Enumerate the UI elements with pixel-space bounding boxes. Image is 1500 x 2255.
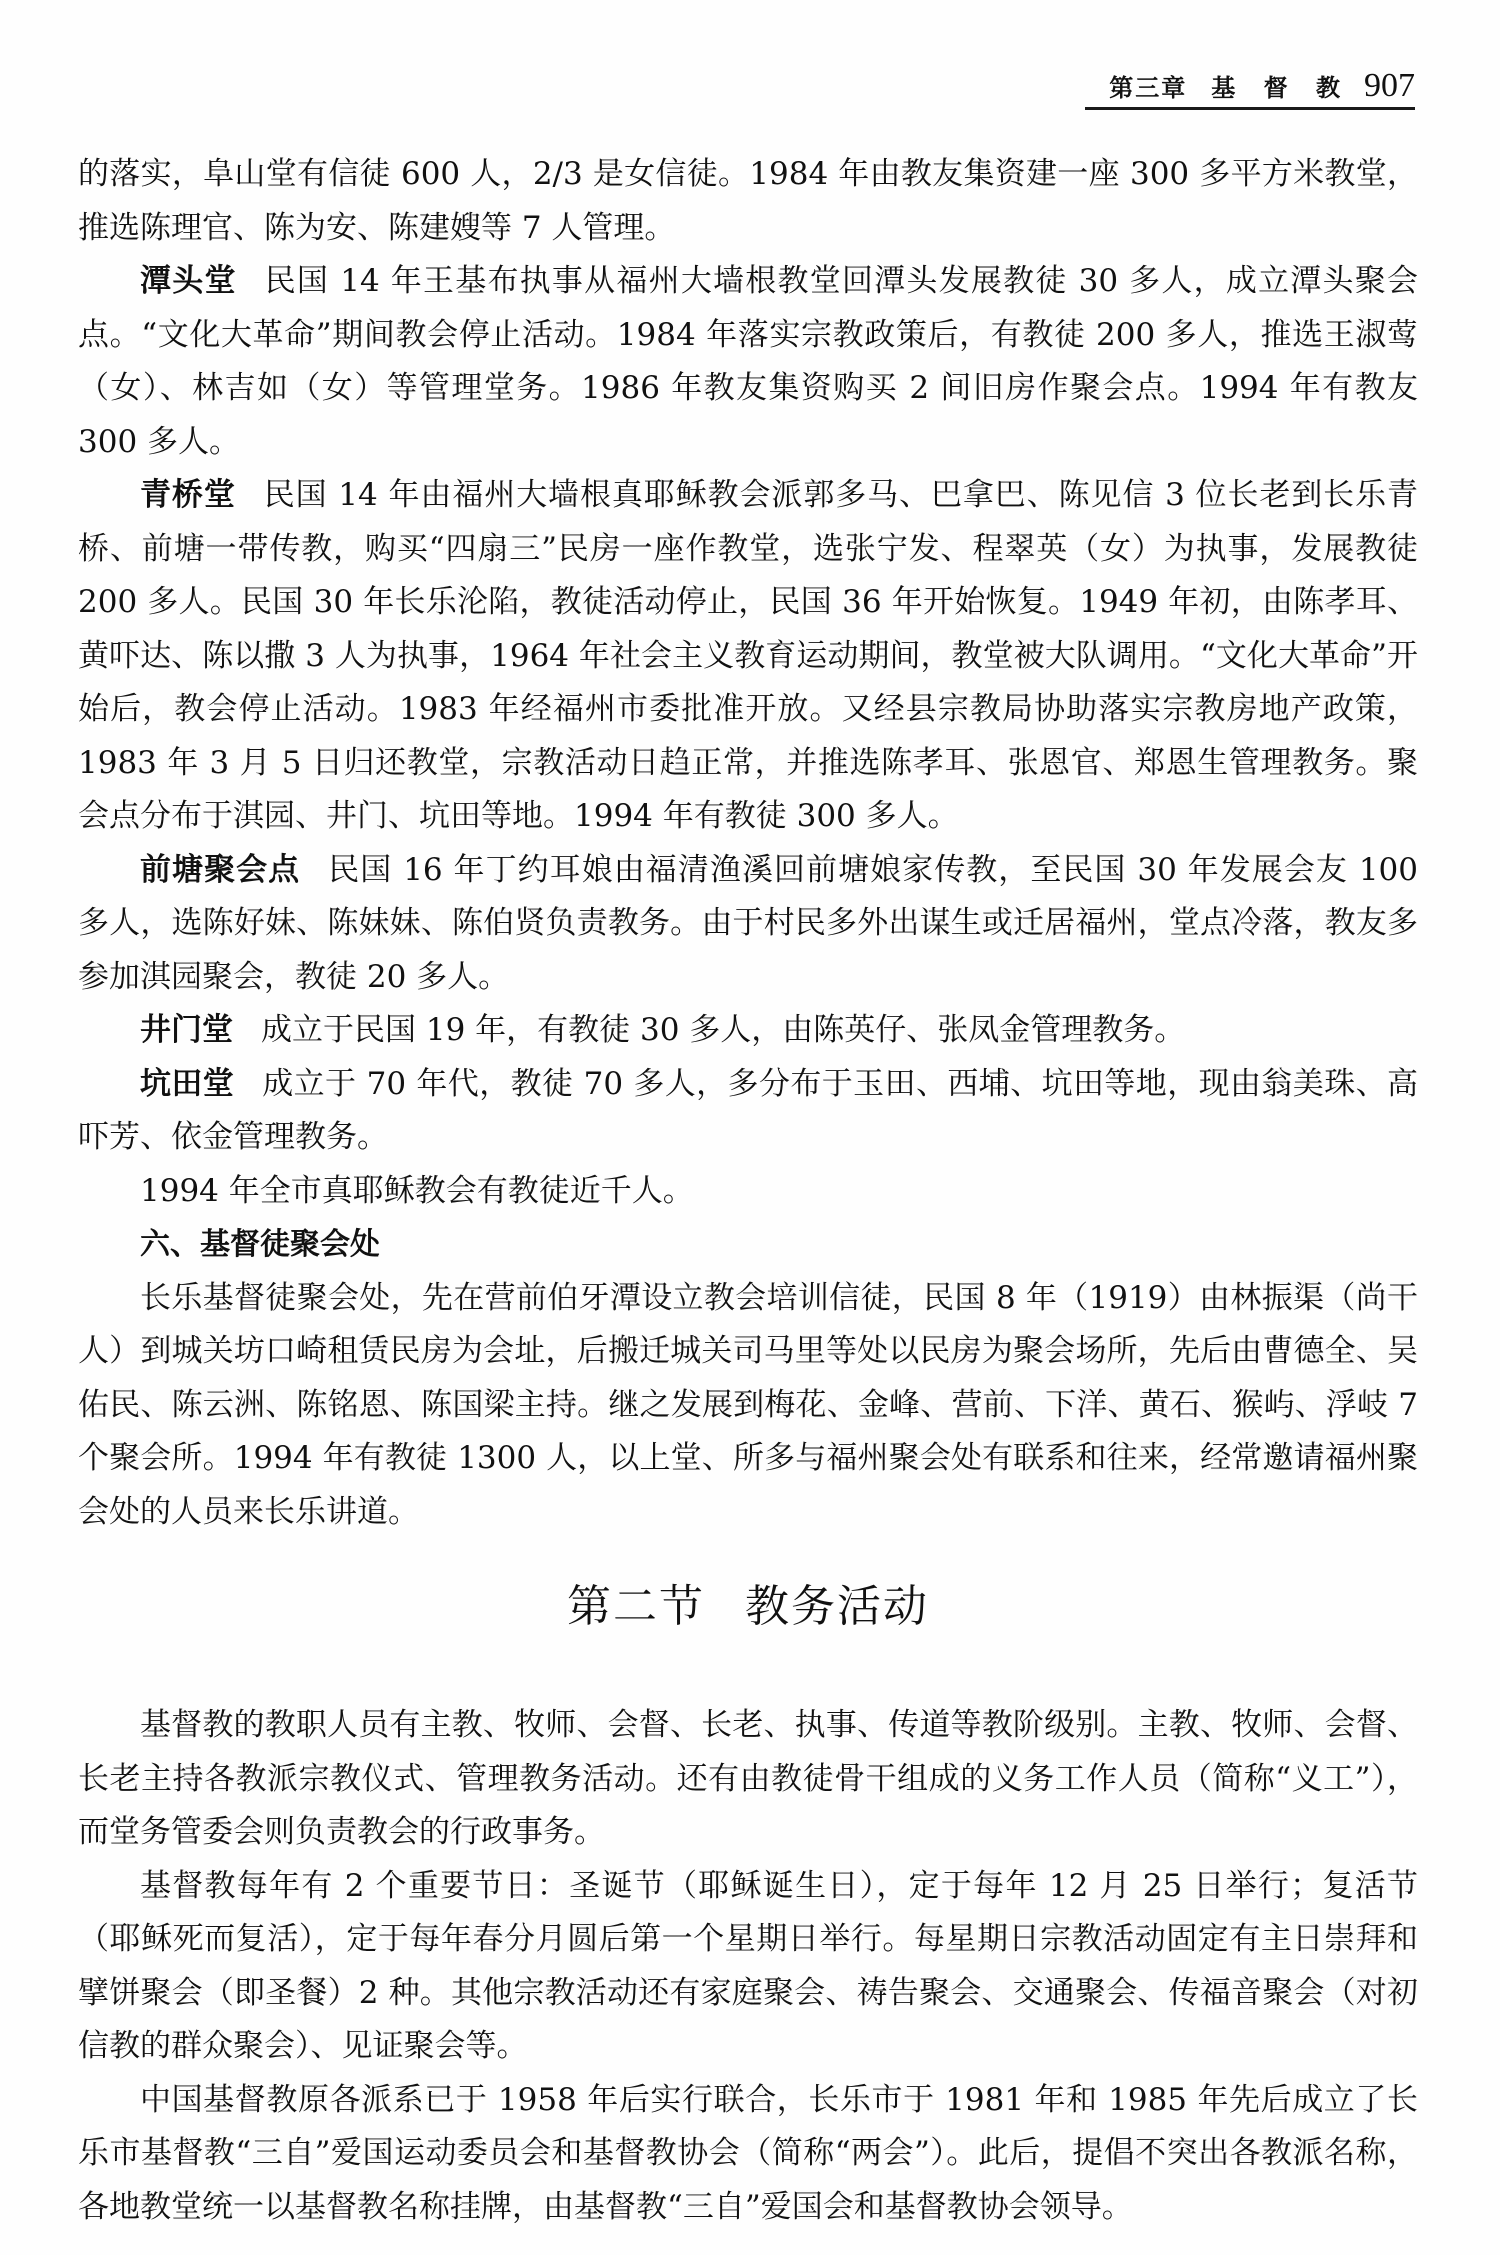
section-name: 教务活动: [745, 1581, 929, 1632]
header-chapter-title: 基 督 教: [1211, 68, 1350, 103]
section-number: 第二节: [567, 1581, 705, 1632]
entry-tantou-church: 潭头堂民国 14 年王基布执事从福州大墙根教堂回潭头发展教徒 30 多人，成立潭…: [78, 255, 1418, 469]
entry-qingqiao-church: 青桥堂民国 14 年由福州大墙根真耶稣教会派郭多马、巴拿巴、陈见信 3 位长老到…: [78, 469, 1418, 844]
subsection-paragraph: 长乐基督徒聚会处，先在营前伯牙潭设立教会培训信徒，民国 8 年（1919）由林振…: [78, 1272, 1418, 1540]
paragraph-continuation: 的落实，阜山堂有信徒 600 人，2/3 是女信徒。1984 年由教友集资建一座…: [78, 148, 1418, 255]
entry-heading: 前塘聚会点: [140, 852, 300, 888]
header-chapter-label: 第三章: [1109, 68, 1187, 103]
section-title: 第二节教务活动: [78, 1539, 1418, 1699]
section-paragraph: 基督教每年有 2 个重要节日：圣诞节（耶稣诞生日），定于每年 12 月 25 日…: [78, 1860, 1418, 2074]
entry-qiantang-meeting-point: 前塘聚会点民国 16 年丁约耳娘由福清渔溪回前塘娘家传教，至民国 30 年发展会…: [78, 844, 1418, 1005]
body-text: 的落实，阜山堂有信徒 600 人，2/3 是女信徒。1984 年由教友集资建一座…: [78, 148, 1418, 2234]
entry-heading: 坑田堂: [140, 1066, 234, 1102]
running-header: 第三章 基 督 教 907: [1085, 70, 1415, 110]
entry-text: 民国 14 年由福州大墙根真耶稣教会派郭多马、巴拿巴、陈见信 3 位长老到长乐青…: [78, 477, 1418, 834]
entry-heading: 青桥堂: [140, 477, 236, 513]
entry-heading: 井门堂: [140, 1012, 233, 1048]
page-number: 907: [1364, 69, 1415, 103]
entry-jingmen-church: 井门堂成立于民国 19 年，有教徒 30 多人，由陈英仔、张凤金管理教务。: [78, 1004, 1418, 1058]
book-page: 第三章 基 督 教 907 的落实，阜山堂有信徒 600 人，2/3 是女信徒。…: [0, 0, 1500, 2255]
section-paragraph: 基督教的教职人员有主教、牧师、会督、长老、执事、传道等教阶级别。主教、牧师、会督…: [78, 1699, 1418, 1860]
entry-text: 成立于民国 19 年，有教徒 30 多人，由陈英仔、张凤金管理教务。: [261, 1012, 1185, 1048]
entry-heading: 潭头堂: [140, 263, 237, 299]
section-paragraph: 中国基督教原各派系已于 1958 年后实行联合，长乐市于 1981 年和 198…: [78, 2074, 1418, 2235]
entry-text: 民国 14 年王基布执事从福州大墙根教堂回潭头发展教徒 30 多人，成立潭头聚会…: [78, 263, 1418, 460]
summary-paragraph: 1994 年全市真耶稣教会有教徒近千人。: [78, 1165, 1418, 1219]
entry-text: 成立于 70 年代，教徒 70 多人，多分布于玉田、西埔、坑田等地，现由翁美珠、…: [78, 1066, 1418, 1156]
entry-kengtian-church: 坑田堂成立于 70 年代，教徒 70 多人，多分布于玉田、西埔、坑田等地，现由翁…: [78, 1058, 1418, 1165]
subsection-heading: 六、基督徒聚会处: [78, 1218, 1418, 1272]
